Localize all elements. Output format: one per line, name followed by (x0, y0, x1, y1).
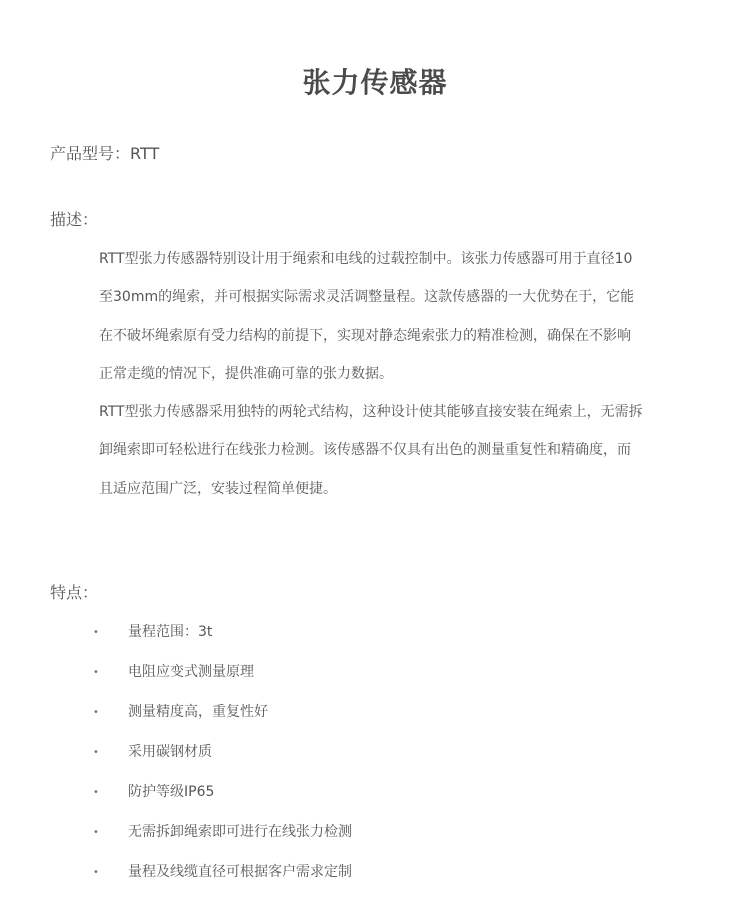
feature-text: 电阻应变式测量原理 (128, 662, 254, 682)
product-model: 产品型号：RTT (50, 143, 159, 165)
feature-item: • 量程及线缆直径可根据客户需求定制 (93, 852, 352, 892)
feature-item: • 防护等级IP65 (93, 772, 352, 812)
page-title: 张力传感器 (0, 63, 750, 103)
description-body: RTT型张力传感器特别设计用于绳索和电线的过载控制中。该张力传感器可用于直径10… (99, 240, 644, 508)
feature-list: • 量程范围：3t • 电阻应变式测量原理 • 测量精度高，重复性好 • 采用碳… (93, 612, 352, 892)
features-heading: 特点： (50, 582, 98, 604)
bullet-icon: • (93, 627, 128, 638)
feature-text: 量程及线缆直径可根据客户需求定制 (128, 862, 352, 882)
feature-text: 测量精度高，重复性好 (128, 702, 268, 722)
feature-item: • 测量精度高，重复性好 (93, 692, 352, 732)
feature-text: 采用碳钢材质 (128, 742, 212, 762)
bullet-icon: • (93, 707, 128, 718)
bullet-icon: • (93, 747, 128, 758)
bullet-icon: • (93, 787, 128, 798)
description-paragraph: RTT型张力传感器特别设计用于绳索和电线的过载控制中。该张力传感器可用于直径10… (99, 240, 644, 393)
feature-text: 量程范围：3t (128, 622, 212, 642)
feature-item: • 量程范围：3t (93, 612, 352, 652)
feature-text: 无需拆卸绳索即可进行在线张力检测 (128, 822, 352, 842)
bullet-icon: • (93, 827, 128, 838)
feature-item: • 电阻应变式测量原理 (93, 652, 352, 692)
description-heading: 描述： (50, 209, 98, 231)
bullet-icon: • (93, 667, 128, 678)
description-paragraph: RTT型张力传感器采用独特的两轮式结构，这种设计使其能够直接安装在绳索上，无需拆… (99, 393, 644, 508)
bullet-icon: • (93, 867, 128, 878)
feature-text: 防护等级IP65 (128, 782, 214, 802)
feature-item: • 无需拆卸绳索即可进行在线张力检测 (93, 812, 352, 852)
feature-item: • 采用碳钢材质 (93, 732, 352, 772)
